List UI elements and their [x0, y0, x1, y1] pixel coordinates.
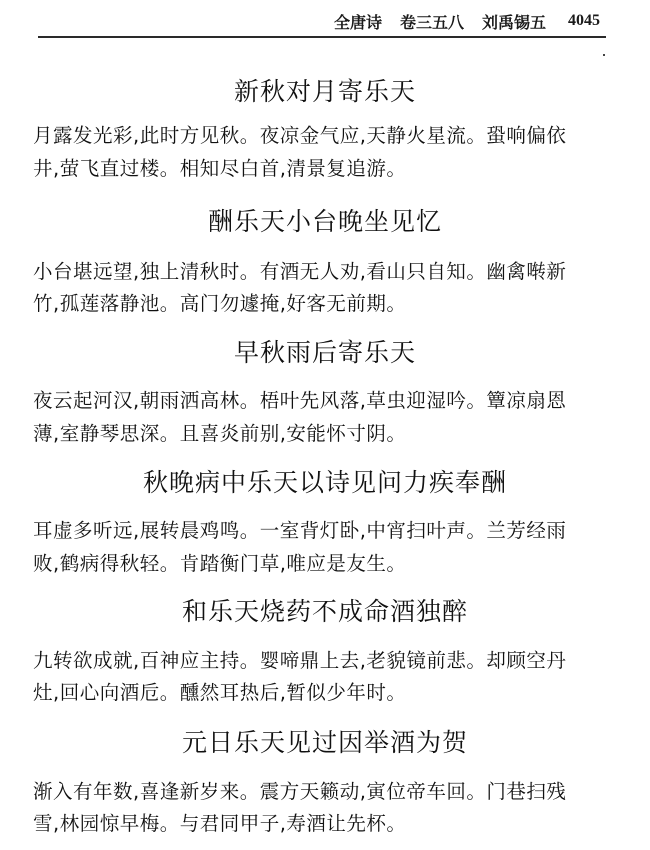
running-header: 全唐诗 卷三五八 刘禹锡五 4045	[334, 9, 600, 33]
poem-title: 酬乐天小台晚坐见忆	[0, 202, 650, 238]
collection-title: 全唐诗	[334, 10, 382, 33]
poem-title: 和乐天烧药不成命酒独醉	[0, 592, 650, 628]
poem-line: 灶,回心向酒卮。醺然耳热后,暂似少年时。	[33, 677, 406, 705]
poem-line: 井,萤飞直过楼。相知尽白首,清景复追游。	[33, 153, 406, 181]
poem-title: 元日乐天见过因举酒为贺	[0, 723, 650, 759]
header-rule	[38, 36, 606, 38]
page-number: 4045	[568, 12, 600, 30]
volume-label: 卷三五八	[400, 10, 464, 33]
poem-title: 早秋雨后寄乐天	[0, 333, 650, 369]
poem-line: 九转欲成就,百神应主持。婴啼鼎上去,老貌镜前悲。却顾空丹	[33, 645, 566, 673]
scan-speck	[603, 54, 605, 56]
poem-line: 夜云起河汉,朝雨洒高林。梧叶先风落,草虫迎湿吟。簟凉扇恩	[33, 385, 566, 413]
poem-line: 月露发光彩,此时方见秋。夜凉金气应,天静火星流。蛩响偏依	[33, 120, 566, 148]
poem-title: 秋晚病中乐天以诗见问力疾奉酬	[0, 463, 650, 499]
poem-line: 耳虚多听远,展转晨鸡鸣。一室背灯卧,中宵扫叶声。兰芳经雨	[33, 515, 566, 543]
author-section: 刘禹锡五	[482, 10, 546, 33]
poem-line: 雪,林园惊早梅。与君同甲子,寿酒让先杯。	[33, 808, 406, 836]
poem-line: 竹,孤莲落静池。高门勿遽掩,好客无前期。	[33, 288, 406, 316]
poem-line: 渐入有年数,喜逢新岁来。震方天籁动,寅位帝车回。门巷扫残	[33, 776, 566, 804]
poem-title: 新秋对月寄乐天	[0, 72, 650, 108]
poem-line: 小台堪远望,独上清秋时。有酒无人劝,看山只自知。幽禽啭新	[33, 256, 566, 284]
poem-line: 败,鹤病得秋轻。肯踏衡门草,唯应是友生。	[33, 548, 406, 576]
poem-line: 薄,室静琴思深。且喜炎前别,安能怀寸阴。	[33, 418, 406, 446]
